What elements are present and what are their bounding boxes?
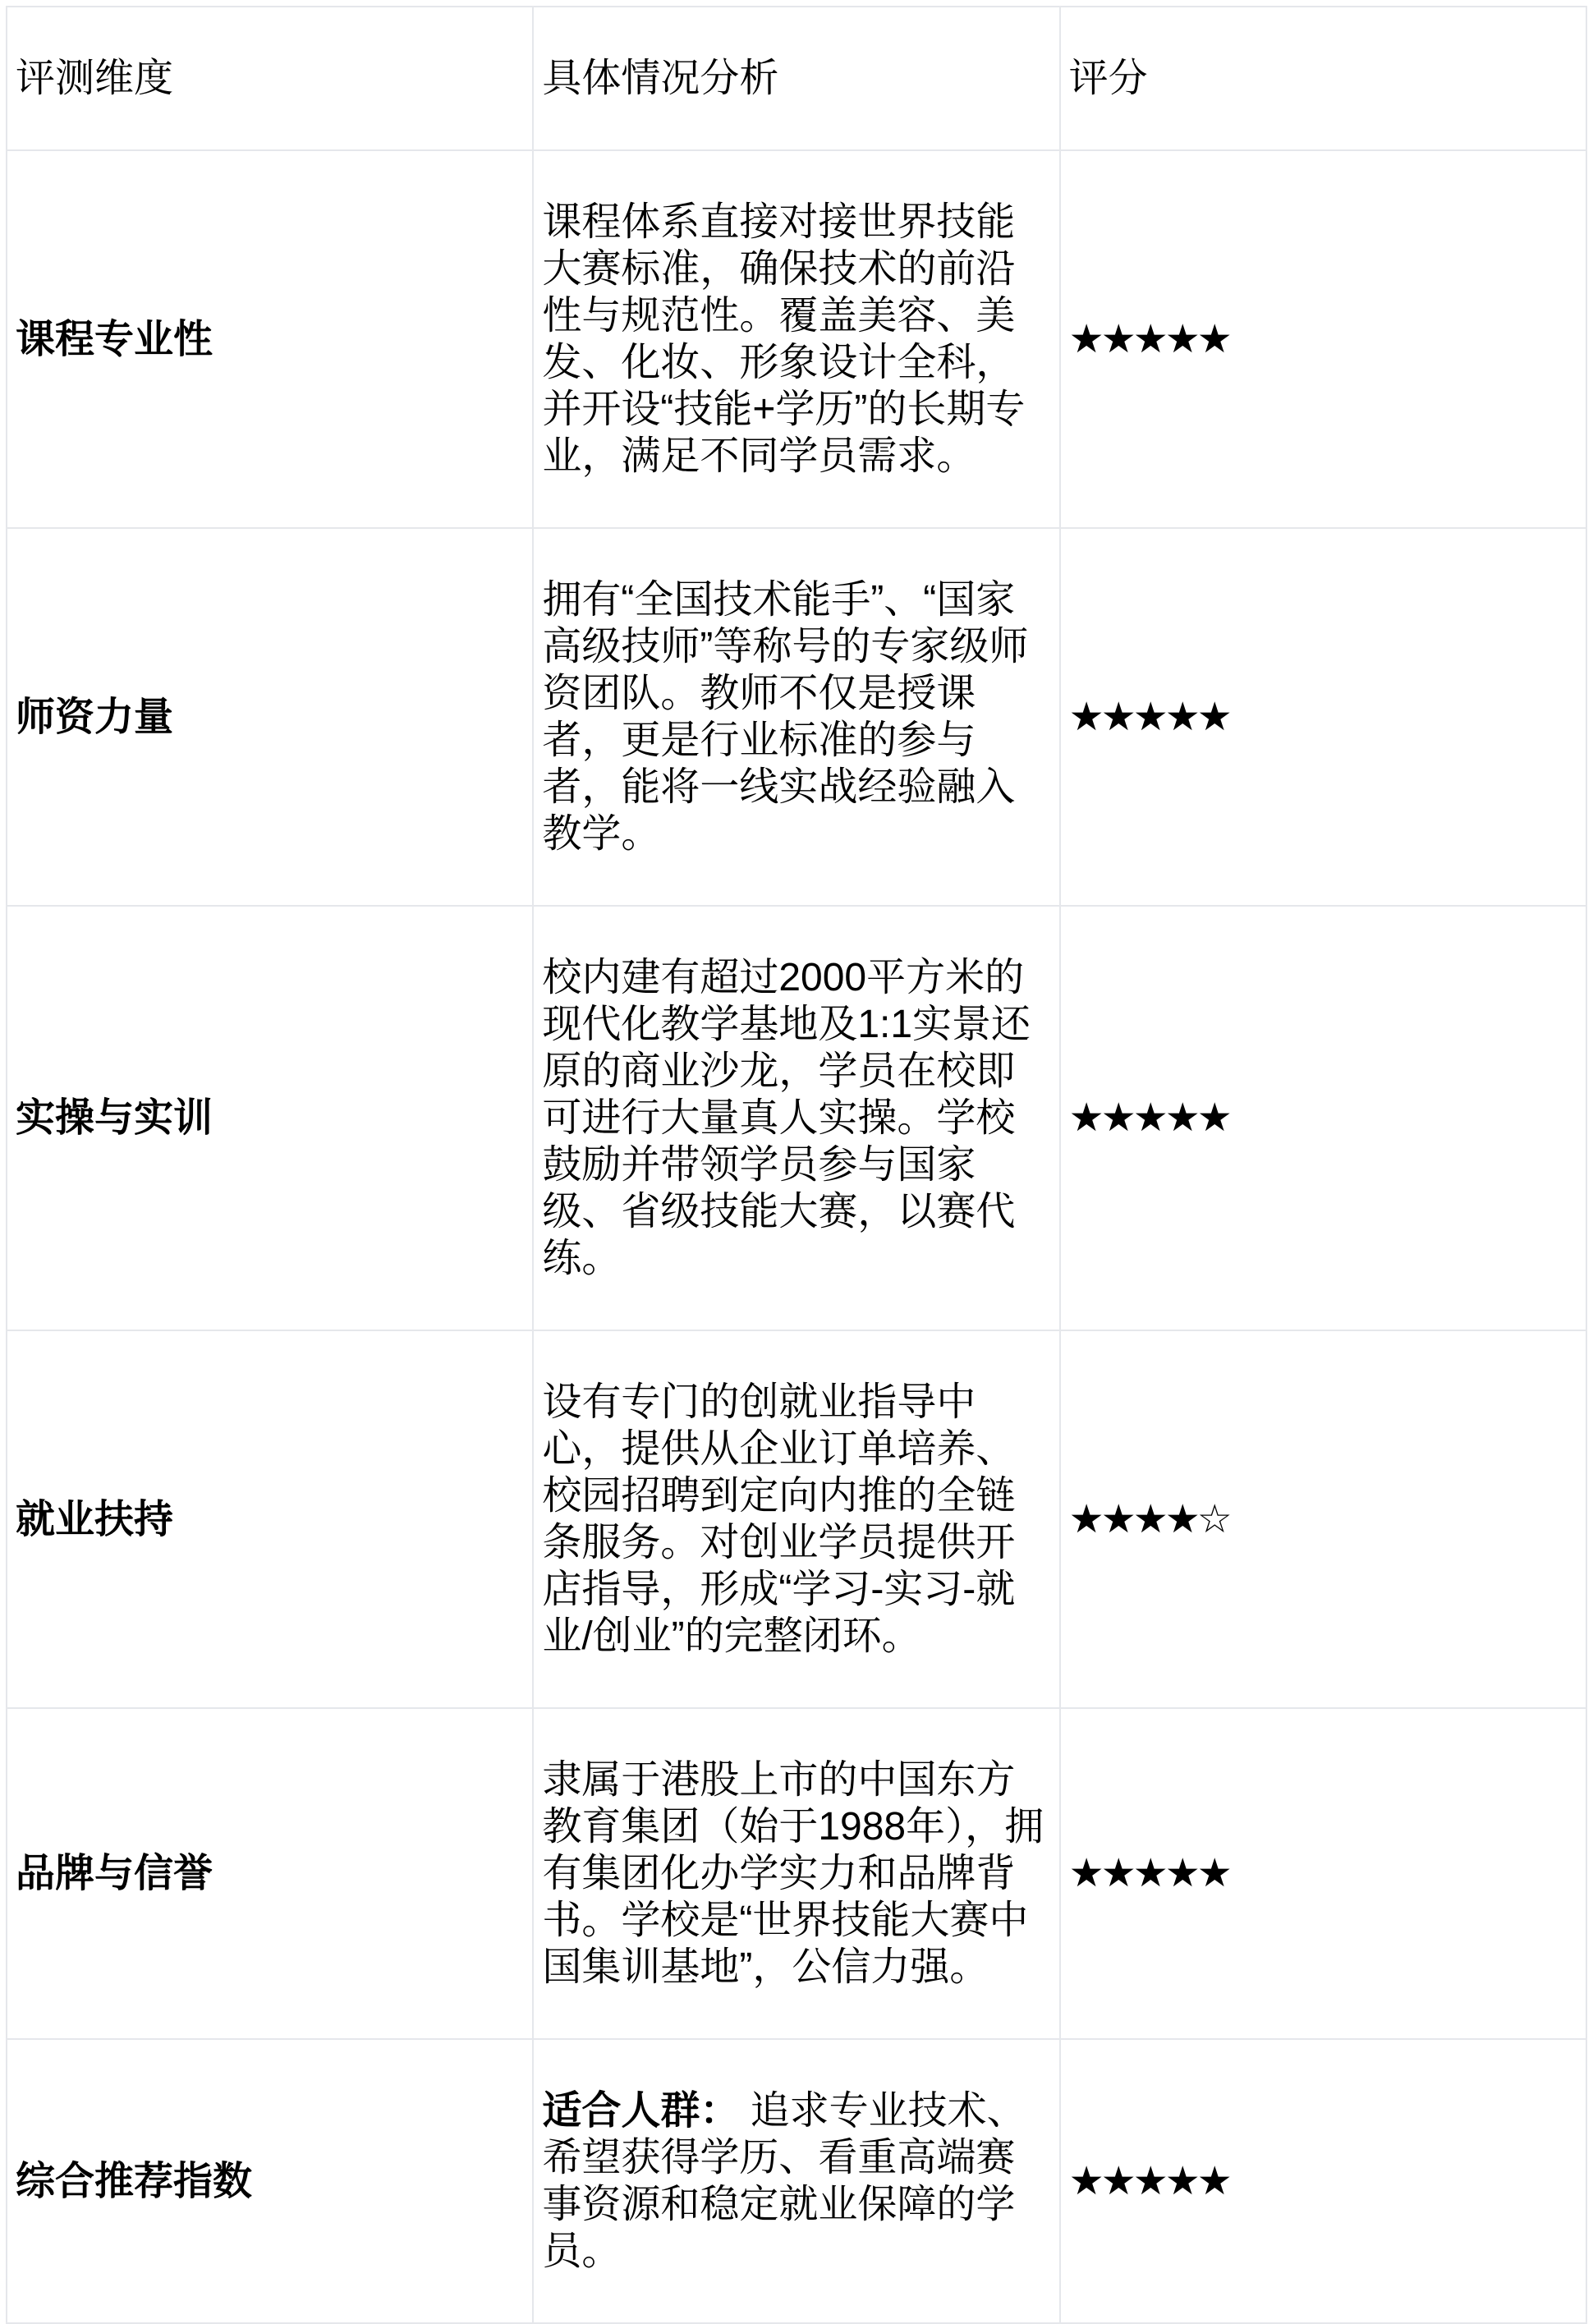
analysis-prefix: 适合人群： <box>542 2089 739 2133</box>
analysis-text: 设有专门的创就业指导中心，提供从企业订单培养、校园招聘到定向内推的全链条服务。对… <box>542 1380 1015 1658</box>
row-analysis: 适合人群： 追求专业技术、希望获得学历、看重高端赛事资源和稳定就业保障的学员。 <box>533 2039 1059 2323</box>
row-analysis: 校内建有超过2000平方米的现代化教学基地及1:1实景还原的商业沙龙，学员在校即… <box>533 906 1059 1330</box>
analysis-text: 课程体系直接对接世界技能大赛标准，确保技术的前沿性与规范性。覆盖美容、美发、化妆… <box>542 200 1025 478</box>
rating-stars: ★★★★★ <box>1060 2039 1586 2323</box>
table-row: 综合推荐指数 适合人群： 追求专业技术、希望获得学历、看重高端赛事资源和稳定就业… <box>7 2039 1586 2323</box>
row-dimension-label: 品牌与信誉 <box>7 1708 533 2039</box>
row-dimension-label: 课程专业性 <box>7 150 533 528</box>
row-dimension-label: 综合推荐指数 <box>7 2039 533 2323</box>
table-row: 课程专业性 课程体系直接对接世界技能大赛标准，确保技术的前沿性与规范性。覆盖美容… <box>7 150 1586 528</box>
evaluation-table: 评测维度 具体情况分析 评分 课程专业性 课程体系直接对接世界技能大赛标准，确保… <box>6 6 1587 2324</box>
row-dimension-label: 师资力量 <box>7 528 533 906</box>
row-analysis: 隶属于港股上市的中国东方教育集团（始于1988年），拥有集团化办学实力和品牌背书… <box>533 1708 1059 2039</box>
row-dimension-label: 就业扶持 <box>7 1330 533 1708</box>
rating-stars: ★★★★★ <box>1060 1708 1586 2039</box>
table-row: 师资力量 拥有“全国技术能手”、“国家高级技师”等称号的专家级师资团队。教师不仅… <box>7 528 1586 906</box>
header-cell-dimension: 评测维度 <box>7 7 533 150</box>
header-cell-analysis: 具体情况分析 <box>533 7 1059 150</box>
rating-stars: ★★★★★ <box>1060 906 1586 1330</box>
table-row: 实操与实训 校内建有超过2000平方米的现代化教学基地及1:1实景还原的商业沙龙… <box>7 906 1586 1330</box>
row-analysis: 课程体系直接对接世界技能大赛标准，确保技术的前沿性与规范性。覆盖美容、美发、化妆… <box>533 150 1059 528</box>
table-row: 品牌与信誉 隶属于港股上市的中国东方教育集团（始于1988年），拥有集团化办学实… <box>7 1708 1586 2039</box>
row-dimension-label: 实操与实训 <box>7 906 533 1330</box>
header-row: 评测维度 具体情况分析 评分 <box>7 7 1586 150</box>
rating-stars: ★★★★☆ <box>1060 1330 1586 1708</box>
analysis-text: 校内建有超过2000平方米的现代化教学基地及1:1实景还原的商业沙龙，学员在校即… <box>542 956 1031 1280</box>
row-analysis: 设有专门的创就业指导中心，提供从企业订单培养、校园招聘到定向内推的全链条服务。对… <box>533 1330 1059 1708</box>
header-cell-rating: 评分 <box>1060 7 1586 150</box>
analysis-text: 拥有“全国技术能手”、“国家高级技师”等称号的专家级师资团队。教师不仅是授课者，… <box>542 578 1028 856</box>
rating-stars: ★★★★★ <box>1060 150 1586 528</box>
analysis-text: 隶属于港股上市的中国东方教育集团（始于1988年），拥有集团化办学实力和品牌背书… <box>542 1758 1044 1989</box>
rating-stars: ★★★★★ <box>1060 528 1586 906</box>
row-analysis: 拥有“全国技术能手”、“国家高级技师”等称号的专家级师资团队。教师不仅是授课者，… <box>533 528 1059 906</box>
table-row: 就业扶持 设有专门的创就业指导中心，提供从企业订单培养、校园招聘到定向内推的全链… <box>7 1330 1586 1708</box>
